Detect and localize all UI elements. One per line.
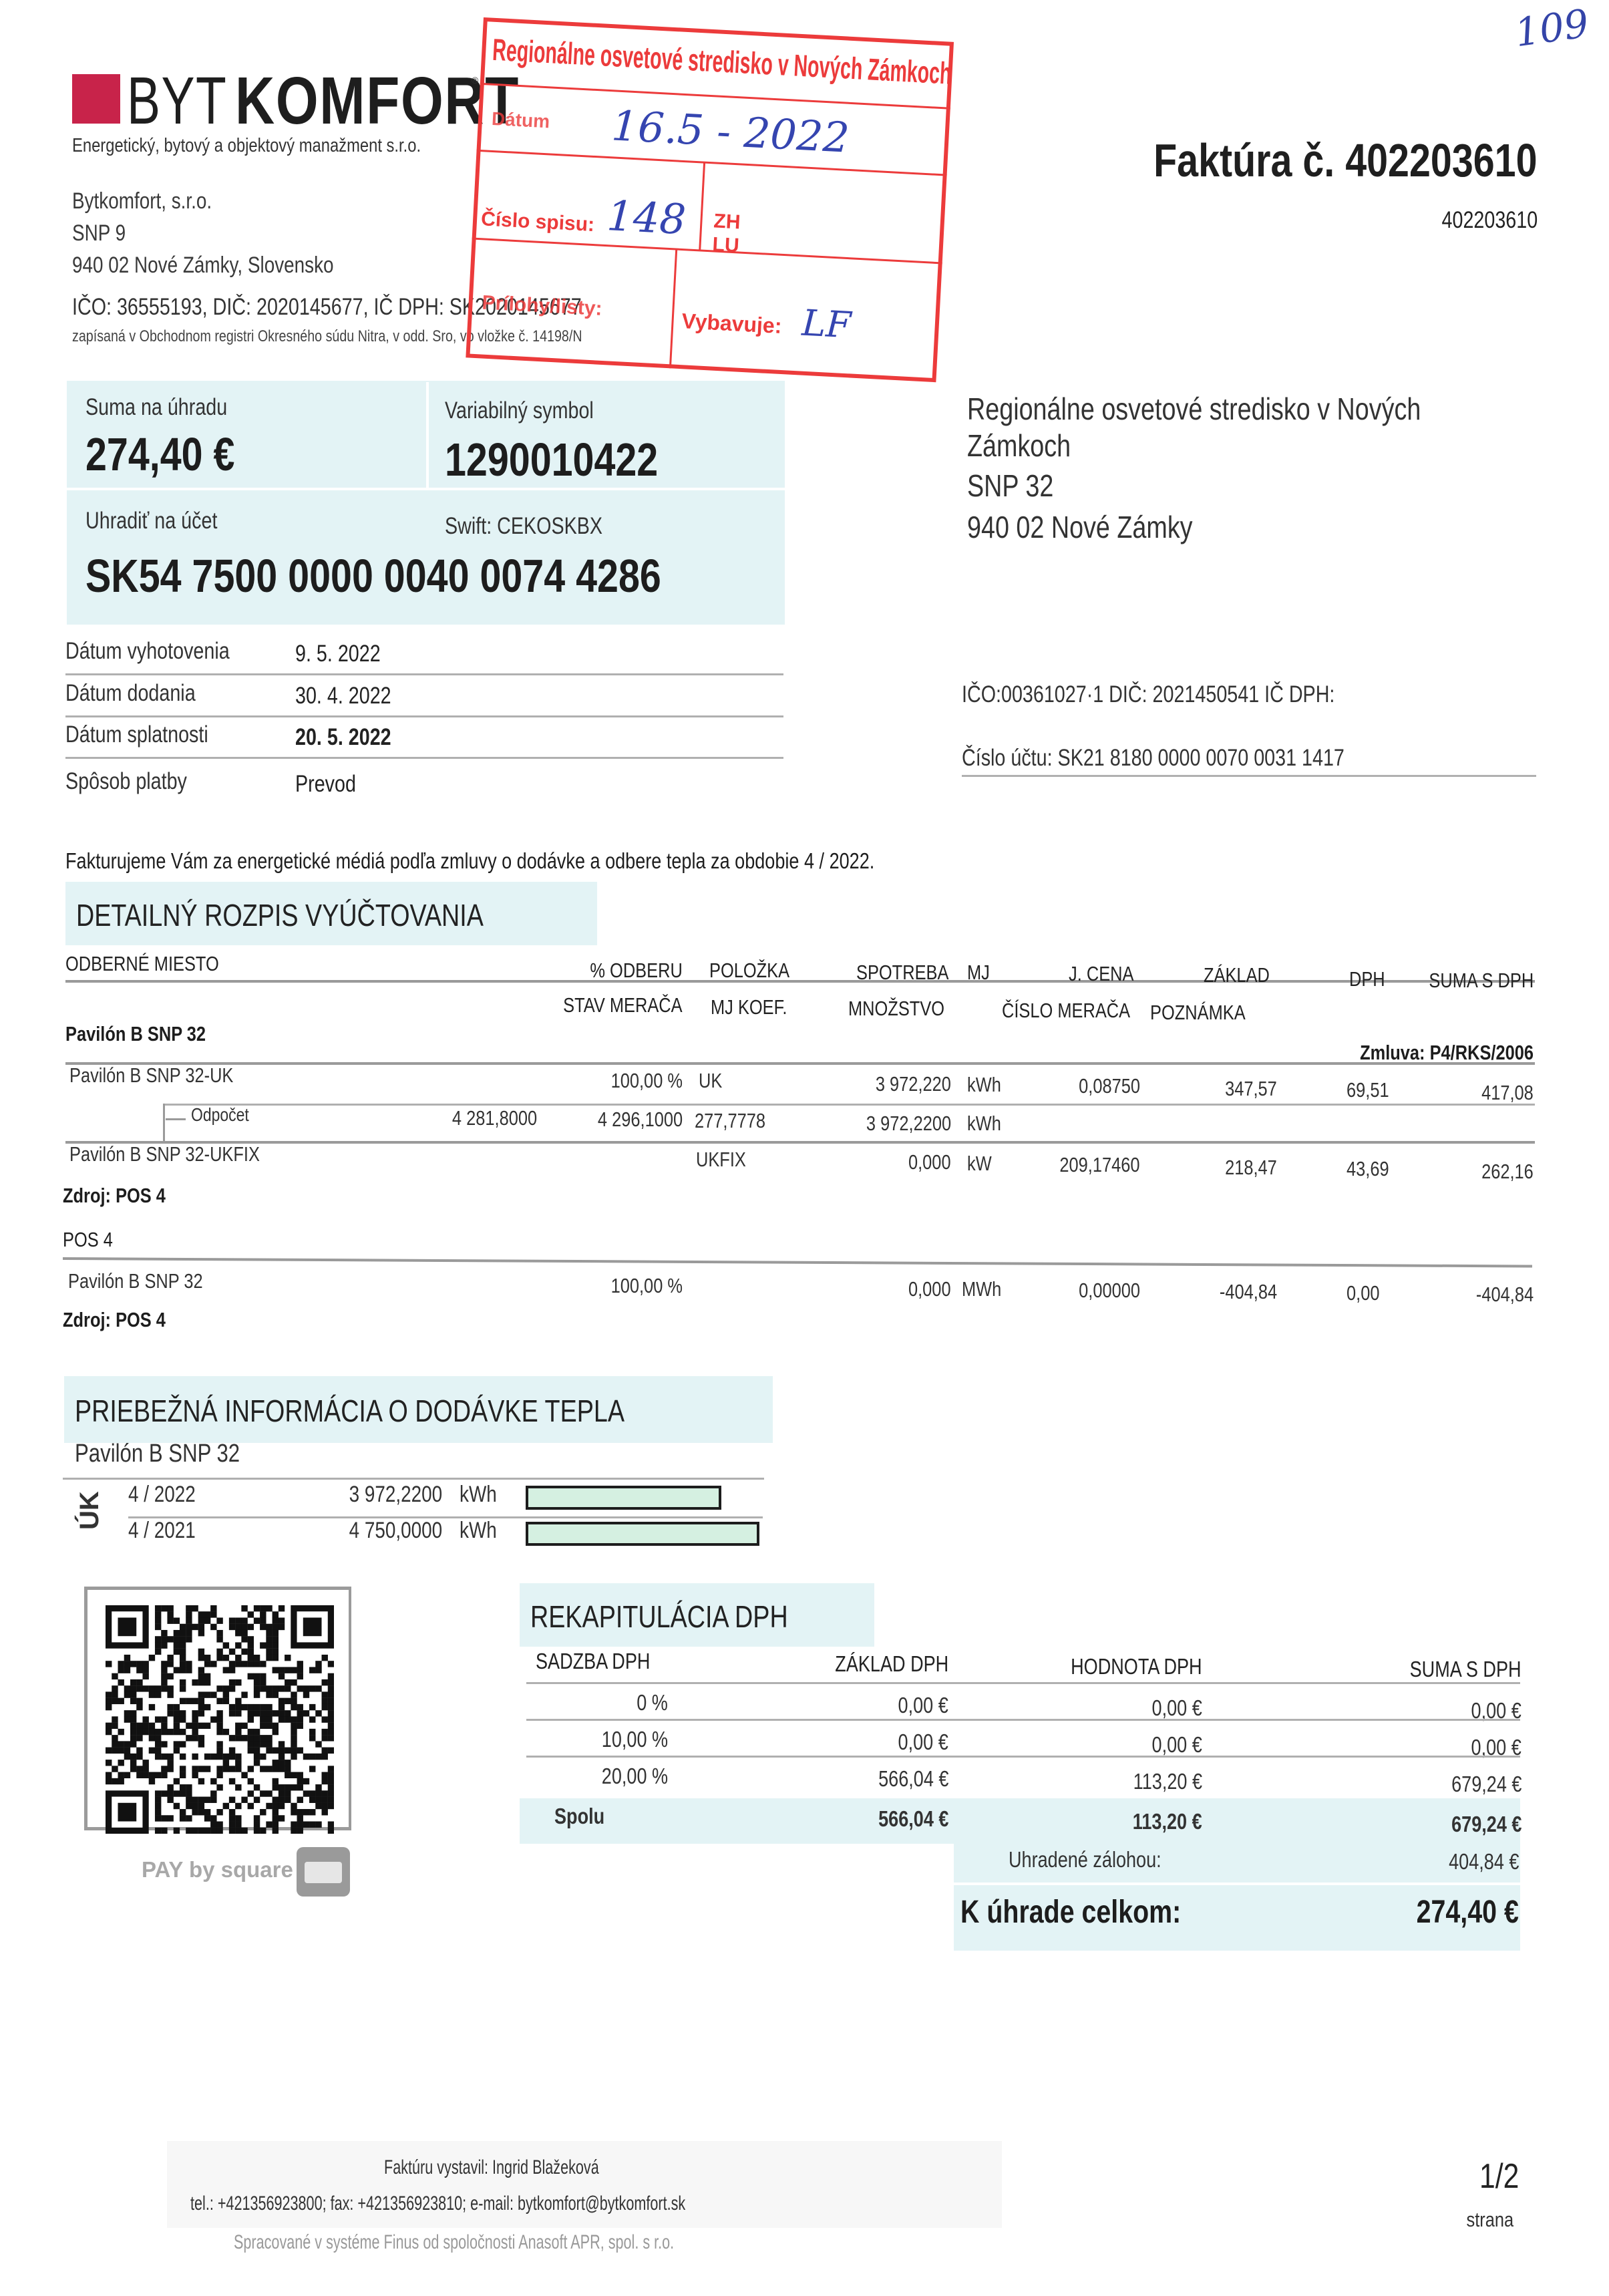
tree-connector bbox=[163, 1104, 165, 1141]
stamp-lu: LU bbox=[712, 233, 740, 257]
vat-cell: 0,00 € bbox=[1141, 1732, 1202, 1758]
date-value: 9. 5. 2022 bbox=[295, 641, 399, 667]
total-due-label: K úhrade celkom: bbox=[960, 1894, 1230, 1931]
row-mj: kWh bbox=[967, 1112, 1009, 1136]
row-spotreba: 0,000 bbox=[899, 1277, 951, 1301]
page-indicator: 1/2 bbox=[1471, 2156, 1519, 2196]
row-polozka: UKFIX bbox=[696, 1148, 757, 1172]
vat-col-header: ZÁKLAD DPH bbox=[810, 1651, 948, 1677]
row-koef: 277,7778 bbox=[695, 1109, 781, 1133]
period: 4 / 2022 bbox=[128, 1482, 210, 1508]
row-suma: -404,84 bbox=[1463, 1283, 1534, 1307]
date-label: Dátum splatnosti bbox=[65, 721, 240, 748]
account-label: Uhradiť na účet bbox=[85, 508, 246, 534]
col-mj: MJ bbox=[967, 961, 995, 985]
supplier-street: SNP 9 bbox=[72, 220, 138, 247]
col-poznamka: POZNÁMKA bbox=[1150, 1001, 1266, 1025]
row-suma: 417,08 bbox=[1470, 1081, 1534, 1105]
source-label: Zdroj: POS 4 bbox=[63, 1308, 188, 1332]
stamp-handler-label: Vybavuje: bbox=[681, 309, 783, 339]
row-mj: kWh bbox=[967, 1073, 1009, 1097]
payment-box-divider bbox=[67, 488, 785, 490]
unit: kWh bbox=[460, 1518, 505, 1544]
pay-by-square-label: PAY by square bbox=[142, 1857, 293, 1882]
row-spotreba: 0,000 bbox=[899, 1150, 951, 1174]
group-name: POS 4 bbox=[63, 1228, 124, 1252]
date-value: 20. 5. 2022 bbox=[295, 724, 412, 751]
divider bbox=[65, 673, 783, 675]
iban-value: SK54 7500 0000 0040 0074 4286 bbox=[85, 549, 787, 603]
customer-name-line1: Regionálne osvetové stredisko v Nových bbox=[967, 391, 1520, 427]
consumption-side-label: ÚK bbox=[75, 1491, 105, 1530]
qr-code[interactable] bbox=[106, 1605, 334, 1834]
advance-label: Uhradené zálohou: bbox=[1009, 1847, 1195, 1872]
row-polozka: UK bbox=[699, 1069, 727, 1093]
consumption-bar bbox=[526, 1486, 721, 1510]
row-j-cena: 0,08750 bbox=[1065, 1074, 1140, 1098]
divider bbox=[526, 1682, 1520, 1684]
section-title-detail: DETAILNÝ ROZPIS VYÚČTOVANIA bbox=[65, 882, 597, 945]
consumption-bar bbox=[526, 1522, 759, 1546]
customer-ids: IČO:00361027·1 DIČ: 2021450541 IČ DPH: bbox=[962, 681, 1417, 708]
vat-cell: 10,00 % bbox=[587, 1727, 668, 1752]
customer-city: 940 02 Nové Zámky bbox=[967, 509, 1242, 545]
divider bbox=[128, 1516, 763, 1518]
handwritten-page-number: 109 bbox=[1512, 1, 1592, 56]
stamp-handler-value: LF bbox=[801, 302, 852, 347]
vat-cell: 20,00 % bbox=[587, 1764, 668, 1789]
issued-by: Faktúru vystavil: Ingrid Blažeková bbox=[384, 2156, 683, 2179]
divider bbox=[65, 757, 783, 759]
total-due-value: 274,40 € bbox=[1394, 1894, 1519, 1931]
intro-text: Fakturujeme Vám za energetické médiá pod… bbox=[65, 848, 1052, 874]
supplier-name: Bytkomfort, s.r.o. bbox=[72, 188, 242, 214]
col-polozka: POLOŽKA bbox=[709, 959, 807, 983]
consumption-value: 4 750,0000 bbox=[329, 1518, 442, 1544]
advance-value: 404,84 € bbox=[1433, 1849, 1519, 1874]
divider bbox=[954, 1882, 1520, 1885]
row-stav-from: 4 281,8000 bbox=[433, 1106, 537, 1130]
swift-code: Swift: CEKOSKBX bbox=[445, 513, 637, 540]
row-j-cena: 209,17460 bbox=[1042, 1153, 1140, 1177]
row-mj: MWh bbox=[962, 1277, 1010, 1301]
divider bbox=[526, 1756, 1520, 1758]
col-suma: SUMA S DPH bbox=[1406, 969, 1534, 993]
row-zaklad: -404,84 bbox=[1207, 1280, 1277, 1304]
logo-light: BYT bbox=[127, 63, 227, 140]
row-zaklad: 347,57 bbox=[1214, 1077, 1277, 1101]
group-name: Pavilón B SNP 32 bbox=[65, 1022, 236, 1046]
amount-label: Suma na úhradu bbox=[85, 394, 258, 421]
row-odber: 100,00 % bbox=[595, 1069, 683, 1093]
vat-cell: 0 % bbox=[630, 1690, 668, 1715]
col-zaklad: ZÁKLAD bbox=[1204, 963, 1284, 987]
divider bbox=[63, 1478, 764, 1480]
date-value: 30. 4. 2022 bbox=[295, 683, 412, 709]
col-dph: DPH bbox=[1349, 967, 1393, 991]
divider bbox=[163, 1104, 1535, 1106]
divider bbox=[63, 1257, 1532, 1268]
col-cislo-meraca: ČÍSLO MERAČA bbox=[1002, 999, 1158, 1023]
vat-total-cell: 566,04 € bbox=[863, 1806, 948, 1832]
tree-connector bbox=[166, 1118, 186, 1120]
customer-street: SNP 32 bbox=[967, 468, 1073, 504]
divider bbox=[65, 715, 783, 717]
card-icon bbox=[297, 1847, 350, 1897]
supplier-city: 940 02 Nové Zámky, Slovensko bbox=[72, 253, 391, 279]
col-stav-meraca: STAV MERAČA bbox=[537, 993, 683, 1017]
row-dph: 69,51 bbox=[1347, 1078, 1399, 1102]
divider bbox=[962, 775, 1536, 777]
logo-tagline: Energetický, bytový a objektový manažmen… bbox=[72, 135, 498, 157]
row-spotreba: 3 972,220 bbox=[859, 1072, 951, 1096]
col-mnozstvo: MNOŽSTVO bbox=[848, 997, 966, 1021]
stamp-zh: ZH bbox=[713, 210, 741, 234]
contract-number: Zmluva: P4/RKS/2006 bbox=[1322, 1041, 1534, 1065]
vat-cell: 113,20 € bbox=[1118, 1769, 1202, 1794]
date-label: Dátum vyhotovenia bbox=[65, 638, 266, 665]
row-zaklad: 218,47 bbox=[1214, 1156, 1277, 1180]
section-title-vat: REKAPITULÁCIA DPH bbox=[520, 1583, 874, 1647]
section-title-consumption: PRIEBEŽNÁ INFORMÁCIA O DODÁVKE TEPLA bbox=[64, 1376, 773, 1443]
registered-mark: ® bbox=[472, 75, 478, 86]
vat-total-cell: Spolu bbox=[554, 1804, 616, 1829]
invoice-title: Faktúra č. 402203610 bbox=[1069, 134, 1538, 187]
date-value: Prevod bbox=[295, 771, 369, 798]
period: 4 / 2021 bbox=[128, 1518, 210, 1544]
variable-symbol-label: Variabilný symbol bbox=[445, 397, 627, 424]
vat-total-row-bg bbox=[520, 1798, 1520, 1844]
date-label: Dátum dodania bbox=[65, 680, 224, 707]
amount-value: 274,40 € bbox=[85, 428, 267, 481]
vat-col-header: SADZBA DPH bbox=[536, 1649, 675, 1674]
row-mnozstvo: 3 972,2200 bbox=[848, 1112, 951, 1136]
registry-stamp: Regionálne osvetové stredisko v Nových Z… bbox=[465, 17, 964, 396]
divider bbox=[526, 1719, 1520, 1721]
customer-name-line2: Zámkoch bbox=[967, 428, 1093, 464]
row-j-cena: 0,00000 bbox=[1065, 1279, 1140, 1303]
vat-col-header: HODNOTA DPH bbox=[1042, 1654, 1202, 1679]
divider bbox=[65, 1062, 1535, 1065]
vat-total-cell: 679,24 € bbox=[1436, 1812, 1522, 1837]
vat-col-header: SUMA S DPH bbox=[1385, 1657, 1522, 1682]
variable-symbol-value: 1290010422 bbox=[445, 433, 705, 486]
date-label: Spôsob platby bbox=[65, 768, 214, 795]
customer-account: Číslo účtu: SK21 8180 0000 0070 0031 141… bbox=[962, 745, 1429, 772]
col-j-cena: J. CENA bbox=[1069, 962, 1148, 986]
vat-cell: 0,00 € bbox=[887, 1693, 948, 1718]
software-credit: Spracované v systéme Finus od spoločnost… bbox=[234, 2231, 845, 2254]
payment-box-divider bbox=[426, 382, 429, 489]
vat-total-cell: 113,20 € bbox=[1117, 1809, 1202, 1834]
vat-cell: 679,24 € bbox=[1436, 1772, 1522, 1797]
contact-info: tel.: +421356923800; fax: +421356923810;… bbox=[190, 2192, 878, 2215]
page-label: strana bbox=[1456, 2208, 1513, 2232]
vat-cell: 0,00 € bbox=[1141, 1695, 1202, 1721]
consumption-place: Pavilón B SNP 32 bbox=[75, 1440, 276, 1468]
row-stav-to: 4 296,1000 bbox=[579, 1108, 683, 1132]
row-odber: 100,00 % bbox=[595, 1274, 683, 1298]
row-place-sub: Odpočet bbox=[191, 1104, 262, 1126]
row-place: Pavilón B SNP 32-UKFIX bbox=[69, 1142, 301, 1166]
row-place: Pavilón B SNP 32 bbox=[68, 1269, 232, 1293]
vat-cell: 0,00 € bbox=[887, 1730, 948, 1755]
col-odber: % ODBERU bbox=[570, 959, 683, 983]
row-mj: kW bbox=[967, 1152, 997, 1176]
col-mj-koef: MJ KOEF. bbox=[711, 995, 804, 1019]
row-place: Pavilón B SNP 32-UK bbox=[69, 1063, 269, 1088]
col-odberne-miesto: ODBERNÉ MIESTO bbox=[65, 952, 252, 976]
row-dph: 43,69 bbox=[1347, 1157, 1399, 1181]
stamp-file-value: 148 bbox=[606, 191, 687, 244]
invoice-number: 402203610 bbox=[1421, 207, 1538, 234]
source-label: Zdroj: POS 4 bbox=[63, 1184, 188, 1208]
unit: kWh bbox=[460, 1482, 505, 1508]
consumption-value: 3 972,2200 bbox=[329, 1482, 442, 1508]
vat-cell: 566,04 € bbox=[863, 1766, 948, 1792]
row-dph: 0,00 bbox=[1347, 1281, 1387, 1305]
col-spotreba: SPOTREBA bbox=[856, 961, 969, 985]
row-suma: 262,16 bbox=[1470, 1160, 1534, 1184]
logo-mark bbox=[72, 74, 120, 124]
stamp-date-label: Dátum bbox=[491, 108, 550, 133]
